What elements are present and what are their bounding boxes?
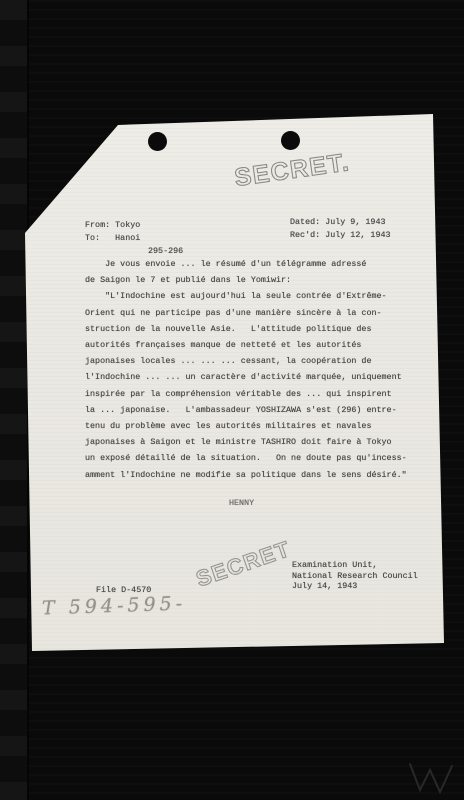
- body-line: inspirée par la compréhension véritable …: [85, 386, 407, 402]
- org-line: Examination Unit,: [292, 560, 418, 571]
- handwritten-page-reference: T 594-595-: [42, 591, 243, 620]
- body-line: japonaises à Saigon et le ministre TASHI…: [85, 434, 407, 450]
- body-line: struction de la nouvelle Asie. L'attitud…: [85, 321, 407, 337]
- examination-unit-block: Examination Unit,National Research Counc…: [292, 560, 418, 592]
- body-line: "L'Indochine est aujourd'hui la seule co…: [85, 288, 407, 304]
- body-line: tenu du problème avec les autorités mili…: [85, 418, 407, 434]
- header-dated: Dated: July 9, 1943: [290, 217, 386, 227]
- body-line: Orient qui ne participe pas d'une manièr…: [85, 305, 407, 321]
- header-received: Rec'd: July 12, 1943: [290, 230, 391, 240]
- telegram-body: Je vous envoie ... le résumé d'un télégr…: [85, 256, 407, 483]
- film-scratch-artifact: [408, 756, 460, 796]
- header-to: To: Hanoi: [85, 233, 140, 243]
- body-line: autorités françaises manque de netteté e…: [85, 337, 407, 353]
- secret-stamp-top: SECRET.: [227, 134, 372, 201]
- body-line: Je vous envoie ... le résumé d'un télégr…: [85, 256, 407, 272]
- signature-name: HENNY: [229, 497, 254, 510]
- body-line: japonaises locales ... ... ... cessant, …: [85, 353, 407, 369]
- microfilm-scan-frame: SECRET. From: TokyoTo: Hanoi Dated: July…: [0, 0, 464, 800]
- body-line: de Saigon le 7 et publié dans le Yomiwir…: [85, 272, 407, 288]
- punch-hole-right: [281, 131, 300, 150]
- header-from: From: Tokyo: [85, 220, 140, 230]
- header-from-to: From: TokyoTo: Hanoi: [85, 219, 140, 245]
- secret-stamp-bottom-text: SECRET: [193, 536, 294, 592]
- punch-hole-left: [148, 132, 167, 151]
- header-dates: Dated: July 9, 1943Rec'd: July 12, 1943: [290, 216, 391, 242]
- body-line: amment l'Indochine ne modifie sa politiq…: [85, 467, 407, 483]
- body-line: l'Indochine ... ... un caractère d'activ…: [85, 369, 407, 385]
- org-line: National Research Council: [292, 571, 418, 582]
- body-line: la ... japonaise. L'ambassadeur YOSHIZAW…: [85, 402, 407, 418]
- body-line: un exposé détaillé de la situation. On n…: [85, 450, 407, 466]
- secret-stamp-top-text: SECRET.: [233, 148, 352, 192]
- film-edge-strip: [0, 0, 29, 800]
- telegram-document-page: SECRET. From: TokyoTo: Hanoi Dated: July…: [0, 0, 464, 800]
- org-line: July 14, 1943: [292, 581, 418, 592]
